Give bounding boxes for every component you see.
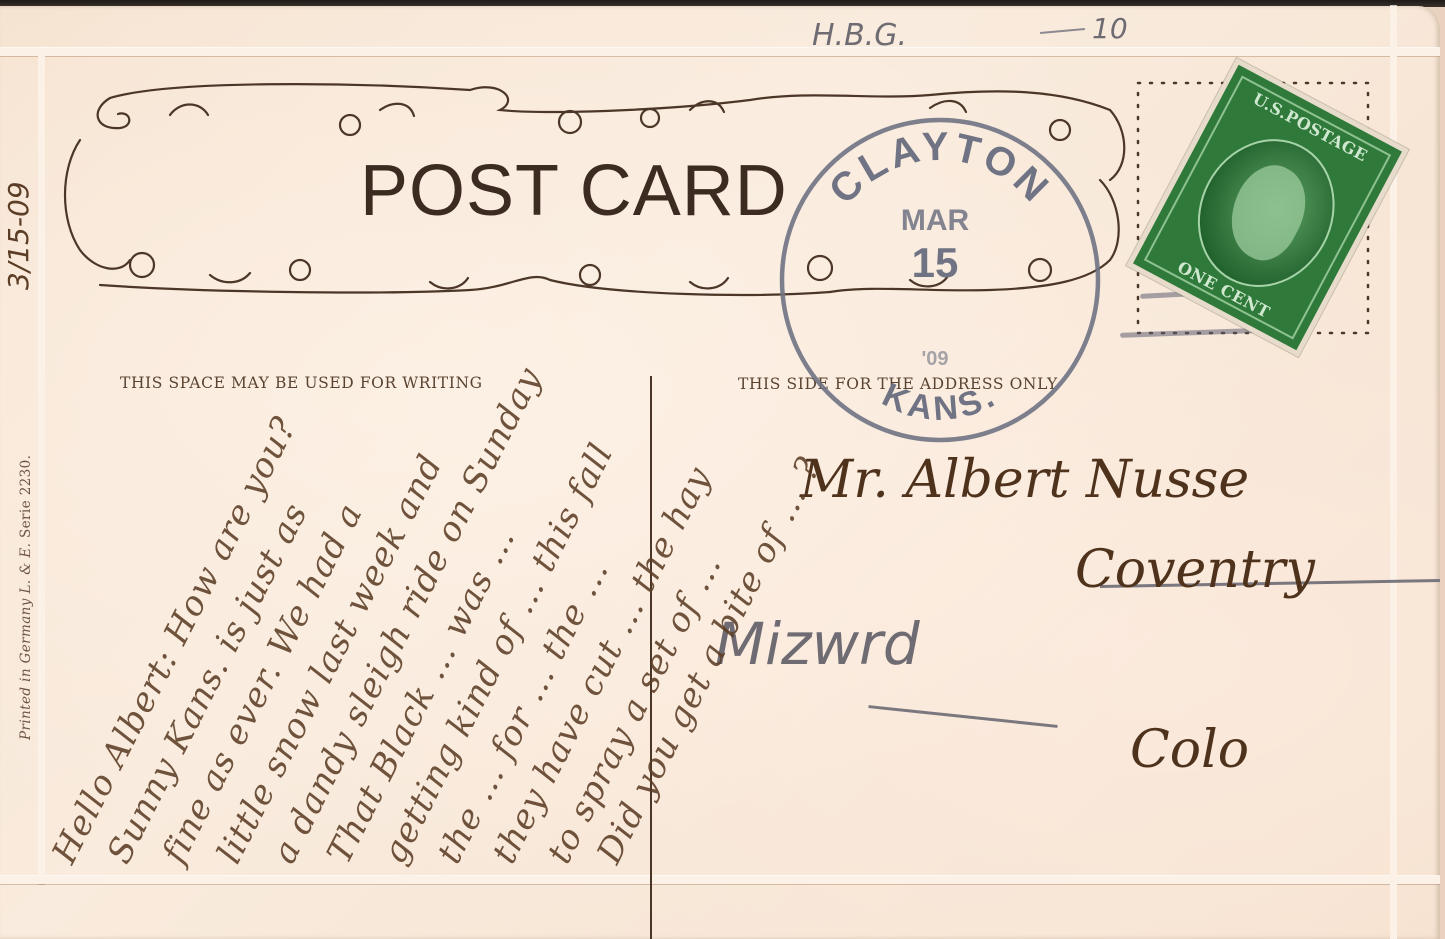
postmark-year: '09 [921, 348, 948, 370]
address-recipient: Mr. Albert Nusse [800, 450, 1249, 510]
pencil-price: 10 [1092, 12, 1128, 45]
postmark-day: 15 [912, 239, 959, 286]
postmark-month: MAR [901, 204, 970, 237]
publisher-imprint-italic: Printed in Germany L. & E. [18, 543, 34, 740]
publisher-series: Serie 2230. [18, 455, 34, 538]
publisher-imprint: Printed in Germany L. & E. Serie 2230. [18, 455, 34, 740]
post-card-title: POST CARD [360, 155, 788, 227]
embossed-border-left [38, 48, 45, 884]
svg-text:CLAYTON: CLAYTON [821, 125, 1059, 213]
address-town: Coventry [1075, 540, 1315, 600]
address-state: Colo [1130, 720, 1249, 780]
postmark-town: CLAYTON [821, 125, 1059, 213]
postmark: CLAYTON KANS. MAR 15 '09 [775, 115, 1105, 455]
writing-area-label: THIS SPACE MAY BE USED FOR WRITING [120, 374, 483, 392]
embossed-border-bottom [0, 876, 1440, 884]
embossed-border-top [0, 48, 1440, 56]
postmark-state: KANS. [877, 376, 1004, 429]
svg-text:KANS.: KANS. [877, 376, 1004, 429]
pencil-side-date: 3/15-09 [2, 181, 35, 290]
pencil-dealer-code: H.B.G. [812, 18, 907, 53]
portrait-icon [1215, 154, 1321, 271]
